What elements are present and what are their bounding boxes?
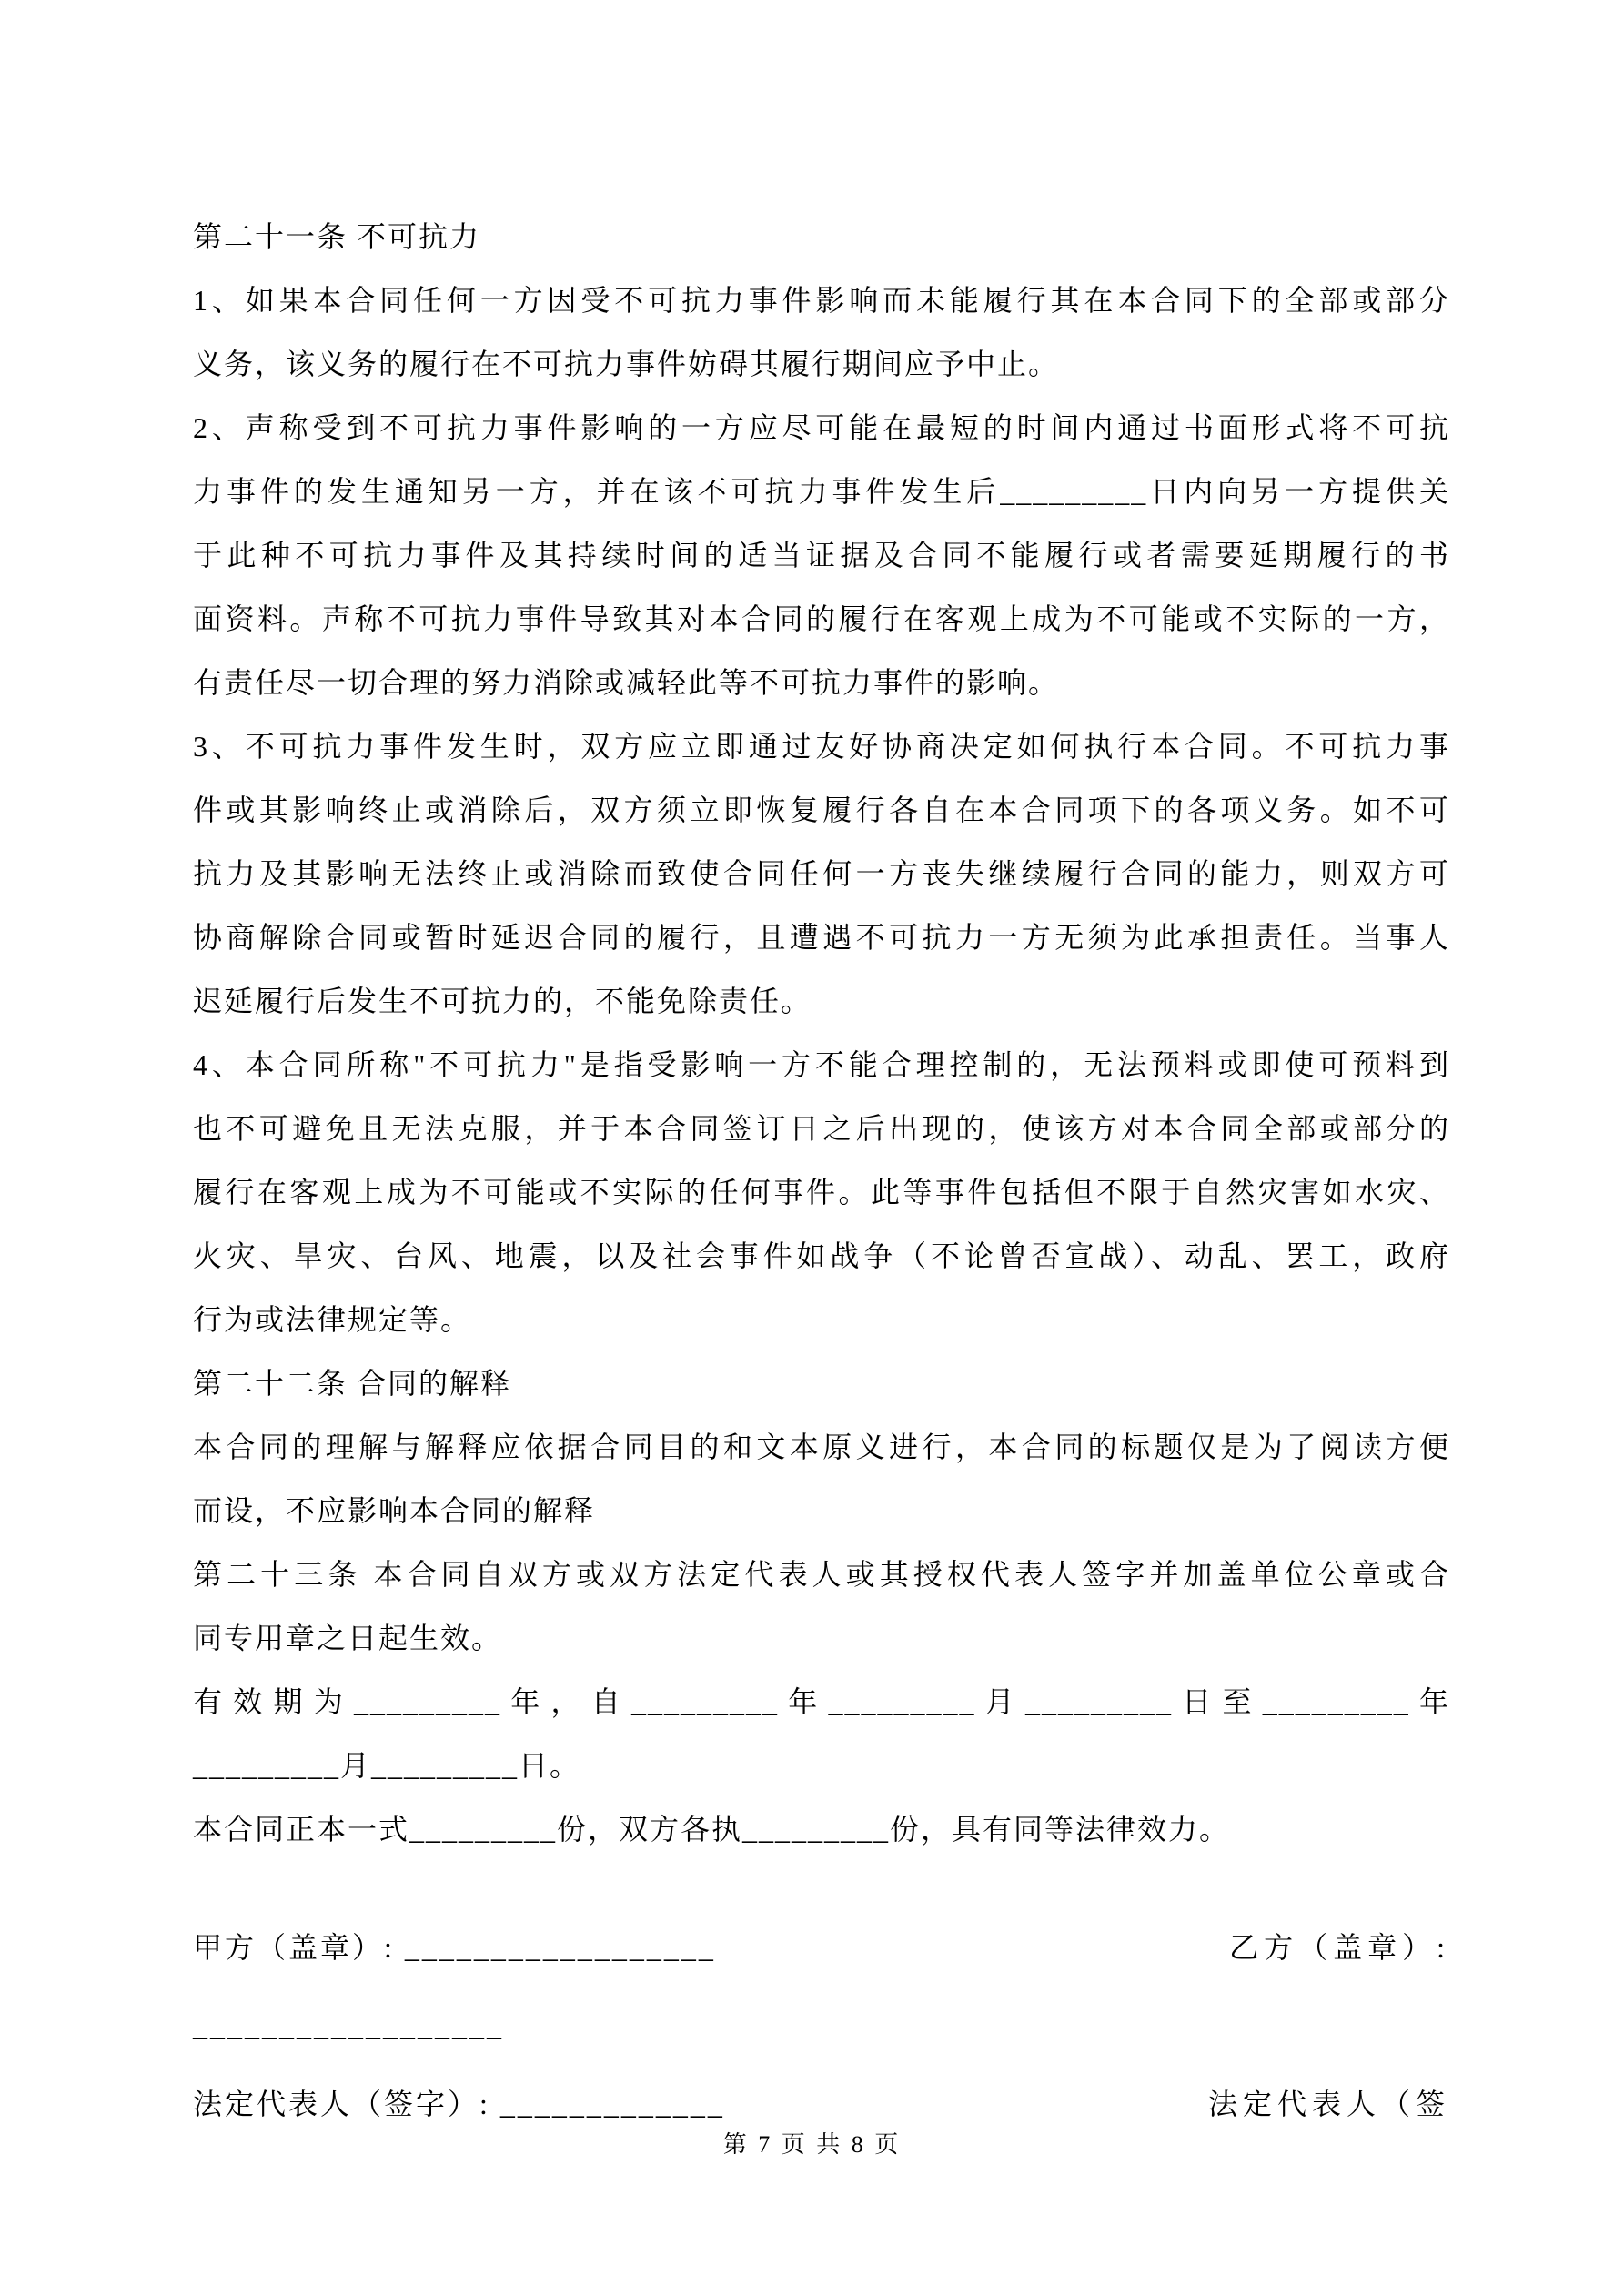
document-line: 履行在客观上成为不可能或不实际的任何事件。此等事件包括但不限于自然灾害如水灾、 [193, 1160, 1450, 1224]
party-a-blank-row: __________________ [193, 1994, 1450, 2058]
document-line: 3、不可抗力事件发生时，双方应立即通过友好协商决定如何执行本合同。不可抗力事 [193, 714, 1450, 778]
document-line: _________月_________日。 [193, 1734, 1450, 1797]
party-b-seal-label: 乙方（盖章）: [1229, 1916, 1450, 1979]
document-line: 面资料。声称不可抗力事件导致其对本合同的履行在客观上成为不可能或不实际的一方， [193, 587, 1450, 651]
document-line: 本合同正本一式_________份，双方各执_________份，具有同等法律效… [193, 1797, 1450, 1861]
document-line: 本合同的理解与解释应依据合同目的和文本原义进行，本合同的标题仅是为了阅读方便 [193, 1415, 1450, 1479]
seal-row: 甲方（盖章）: __________________ 乙方（盖章）: [193, 1916, 1450, 1979]
document-line: 有责任尽一切合理的努力消除或减轻此等不可抗力事件的影响。 [193, 651, 1450, 714]
contract-text: 第二十一条 不可抗力 1、如果本合同任何一方因受不可抗力事件影响而未能履行其在本… [193, 205, 1450, 1861]
document-line: 而设，不应影响本合同的解释 [193, 1479, 1450, 1542]
document-line: 1、如果本合同任何一方因受不可抗力事件影响而未能履行其在本合同下的全部或部分 [193, 268, 1450, 332]
document-line: 2、声称受到不可抗力事件影响的一方应尽可能在最短的时间内通过书面形式将不可抗 [193, 396, 1450, 460]
party-a-seal-label: 甲方（盖章）: __________________ [193, 1916, 716, 1979]
document-line: 同专用章之日起生效。 [193, 1606, 1450, 1670]
document-line: 力事件的发生通知另一方，并在该不可抗力事件发生后_________日内向另一方提… [193, 460, 1450, 523]
document-line: 行为或法律规定等。 [193, 1288, 1450, 1351]
party-a-blank-line: __________________ [193, 1994, 504, 2058]
document-line: 也不可避免且无法克服，并于本合同签订日之后出现的，使该方对本合同全部或部分的 [193, 1097, 1450, 1160]
document-line: 第二十一条 不可抗力 [193, 205, 1450, 268]
document-line: 火灾、旱灾、台风、地震，以及社会事件如战争（不论曾否宣战）、动乱、罢工，政府 [193, 1224, 1450, 1288]
document-line: 件或其影响终止或消除后，双方须立即恢复履行各自在本合同项下的各项义务。如不可 [193, 778, 1450, 842]
document-line: 第二十二条 合同的解释 [193, 1351, 1450, 1415]
document-line: 第二十三条 本合同自双方或双方法定代表人或其授权代表人签字并加盖单位公章或合 [193, 1542, 1450, 1606]
document-line: 有效期为_________年，自_________年_________月____… [193, 1670, 1450, 1734]
document-line: 4、本合同所称"不可抗力"是指受影响一方不能合理控制的，无法预料或即使可预料到 [193, 1033, 1450, 1097]
page-number: 第 7 页 共 8 页 [0, 2126, 1624, 2159]
document-line: 义务，该义务的履行在不可抗力事件妨碍其履行期间应予中止。 [193, 332, 1450, 396]
signature-block: 甲方（盖章）: __________________ 乙方（盖章）: _____… [193, 1916, 1450, 2136]
document-line: 迟延履行后发生不可抗力的，不能免除责任。 [193, 969, 1450, 1033]
contract-page-body: 第二十一条 不可抗力 1、如果本合同任何一方因受不可抗力事件影响而未能履行其在本… [193, 205, 1450, 2136]
document-line: 抗力及其影响无法终止或消除而致使合同任何一方丧失继续履行合同的能力，则双方可 [193, 842, 1450, 905]
document-line: 于此种不可抗力事件及其持续时间的适当证据及合同不能履行或者需要延期履行的书 [193, 523, 1450, 587]
document-line: 协商解除合同或暂时延迟合同的履行，且遭遇不可抗力一方无须为此承担责任。当事人 [193, 905, 1450, 969]
